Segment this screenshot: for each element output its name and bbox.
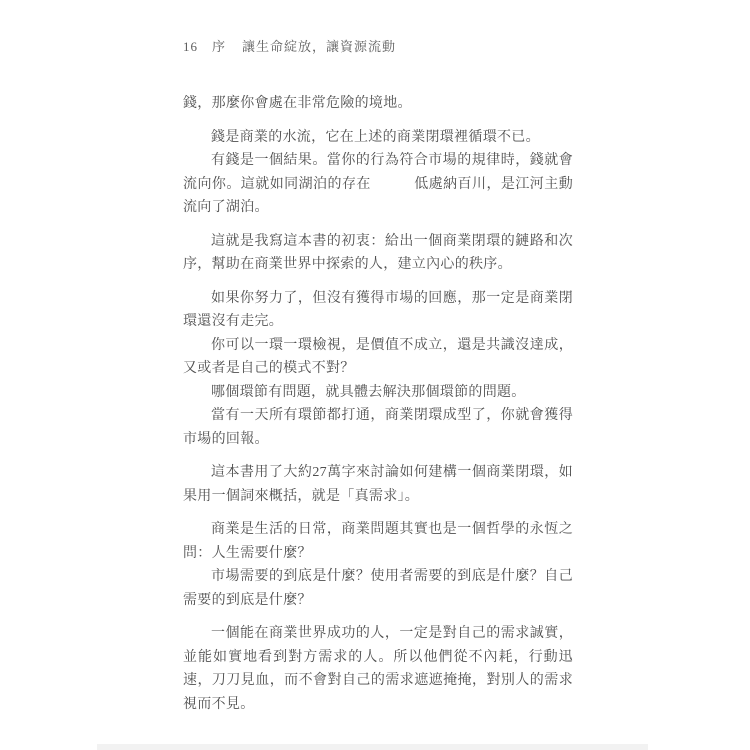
chapter-title: 讓生命綻放，讓資源流動 [242,39,396,54]
section-label: 序 [212,39,226,54]
paragraph: 市場需要的到底是什麼？使用者需要的到底是什麼？自己需要的到底是什麼？ [183,565,573,612]
paragraph: 哪個環節有問題，就具體去解決那個環節的問題。 [183,381,573,405]
paragraph: 一個能在商業世界成功的人，一定是對自己的需求誠實，並能如實地看到對方需求的人。所… [183,622,573,716]
paragraph: 錢，那麼你會處在非常危險的境地。 [183,92,573,116]
page-number: 16 [183,39,198,54]
paragraph: 錢是商業的水流，它在上述的商業閉環裡循環不已。 [183,126,573,150]
paragraph: 商業是生活的日常，商業問題其實也是一個哲學的永恆之問：人生需要什麼？ [183,518,573,565]
running-head: 16序讓生命綻放，讓資源流動 [183,39,396,54]
paragraph: 這本書用了大約27萬字來討論如何建構一個商業閉環，如果用一個詞來概括，就是「真需… [183,461,573,508]
paragraph: 有錢是一個結果。當你的行為符合市場的規律時，錢就會流向你。這就如同湖泊的存在 低… [183,149,573,220]
page-bottom-edge-shadow [97,744,648,750]
paragraph: 如果你努力了，但沒有獲得市場的回應，那一定是商業閉環還沒有走完。 [183,287,573,334]
paragraph: 這就是我寫這本書的初衷：給出一個商業閉環的鏈路和次序，幫助在商業世界中探索的人，… [183,230,573,277]
paragraph: 當有一天所有環節都打通，商業閉環成型了，你就會獲得市場的回報。 [183,404,573,451]
paragraph: 你可以一環一環檢視，是價值不成立，還是共識沒達成，又或者是自己的模式不對？ [183,334,573,381]
book-page-scan: 16序讓生命綻放，讓資源流動 錢，那麼你會處在非常危險的境地。錢是商業的水流，它… [0,0,750,750]
body-text: 錢，那麼你會處在非常危險的境地。錢是商業的水流，它在上述的商業閉環裡循環不已。有… [183,92,573,716]
